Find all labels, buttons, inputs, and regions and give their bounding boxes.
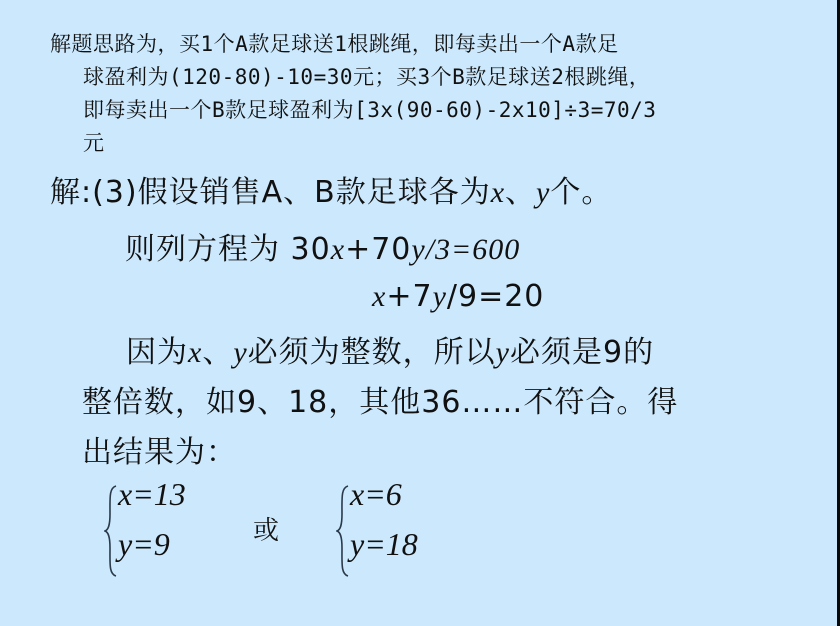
hint-line: 元 <box>50 127 790 160</box>
equation-line-2: x+7y/9=20 <box>372 279 544 314</box>
eq1-var-x: x <box>331 233 345 266</box>
reason-text: 必须是9的 <box>510 335 654 370</box>
equation-label: 则列方程为 <box>125 232 291 267</box>
intro-prefix: 解:(3)假设销售A、B款足球各为 <box>50 175 491 210</box>
eq1-coef-b: +70 <box>345 232 411 267</box>
hint-line: 解题思路为，买1个A款足球送1根跳绳，即每卖出一个A款足 <box>50 28 790 61</box>
hint-line: 球盈利为(120-80)-10=30元；买3个B款足球送2根跳绳， <box>50 61 790 94</box>
var-y: y <box>536 176 550 209</box>
left-brace-icon <box>336 484 350 578</box>
separator: 、 <box>505 175 536 210</box>
eq2-rest: /9=20 <box>447 279 545 314</box>
reason-text: 必须为整数，所以 <box>248 335 496 370</box>
equation-line-1: 则列方程为 30x+70y/3=600 <box>125 224 520 268</box>
result-y: y=9 <box>118 526 170 563</box>
result-x: x=13 <box>118 476 186 513</box>
reason-text: 因为 <box>126 335 188 370</box>
reason-line-1: 因为x、y必须为整数，所以y必须是9的 <box>82 328 826 378</box>
left-brace-icon <box>104 484 118 578</box>
solution-intro: 解:(3)假设销售A、B款足球各为x、y个。 <box>50 167 612 211</box>
eq2-coef-b: +7 <box>386 279 432 314</box>
reason-text: 、 <box>202 335 233 370</box>
intro-suffix: 个。 <box>550 175 612 210</box>
solution-hint-block: 解题思路为，买1个A款足球送1根跳绳，即每卖出一个A款足 球盈利为(120-80… <box>50 28 790 160</box>
eq1-rest: y/3=600 <box>411 233 520 266</box>
reason-var-x: x <box>188 336 202 369</box>
var-x: x <box>491 176 505 209</box>
result-y: y=18 <box>350 526 418 563</box>
result-x: x=6 <box>350 476 402 513</box>
reason-line-2: 整倍数，如9、18，其他36……不符合。得 <box>82 378 782 428</box>
eq2-var-y: y <box>433 280 447 313</box>
eq2-var-x: x <box>372 280 386 313</box>
reason-var-y: y <box>496 336 510 369</box>
or-label: 或 <box>253 510 279 547</box>
reason-var-y: y <box>233 336 247 369</box>
eq1-coef-a: 30 <box>291 232 331 267</box>
reason-line-3: 出结果为： <box>82 428 782 478</box>
hint-line: 即每卖出一个B款足球盈利为[3x(90-60)-2x10]÷3=70/3 <box>50 94 790 127</box>
